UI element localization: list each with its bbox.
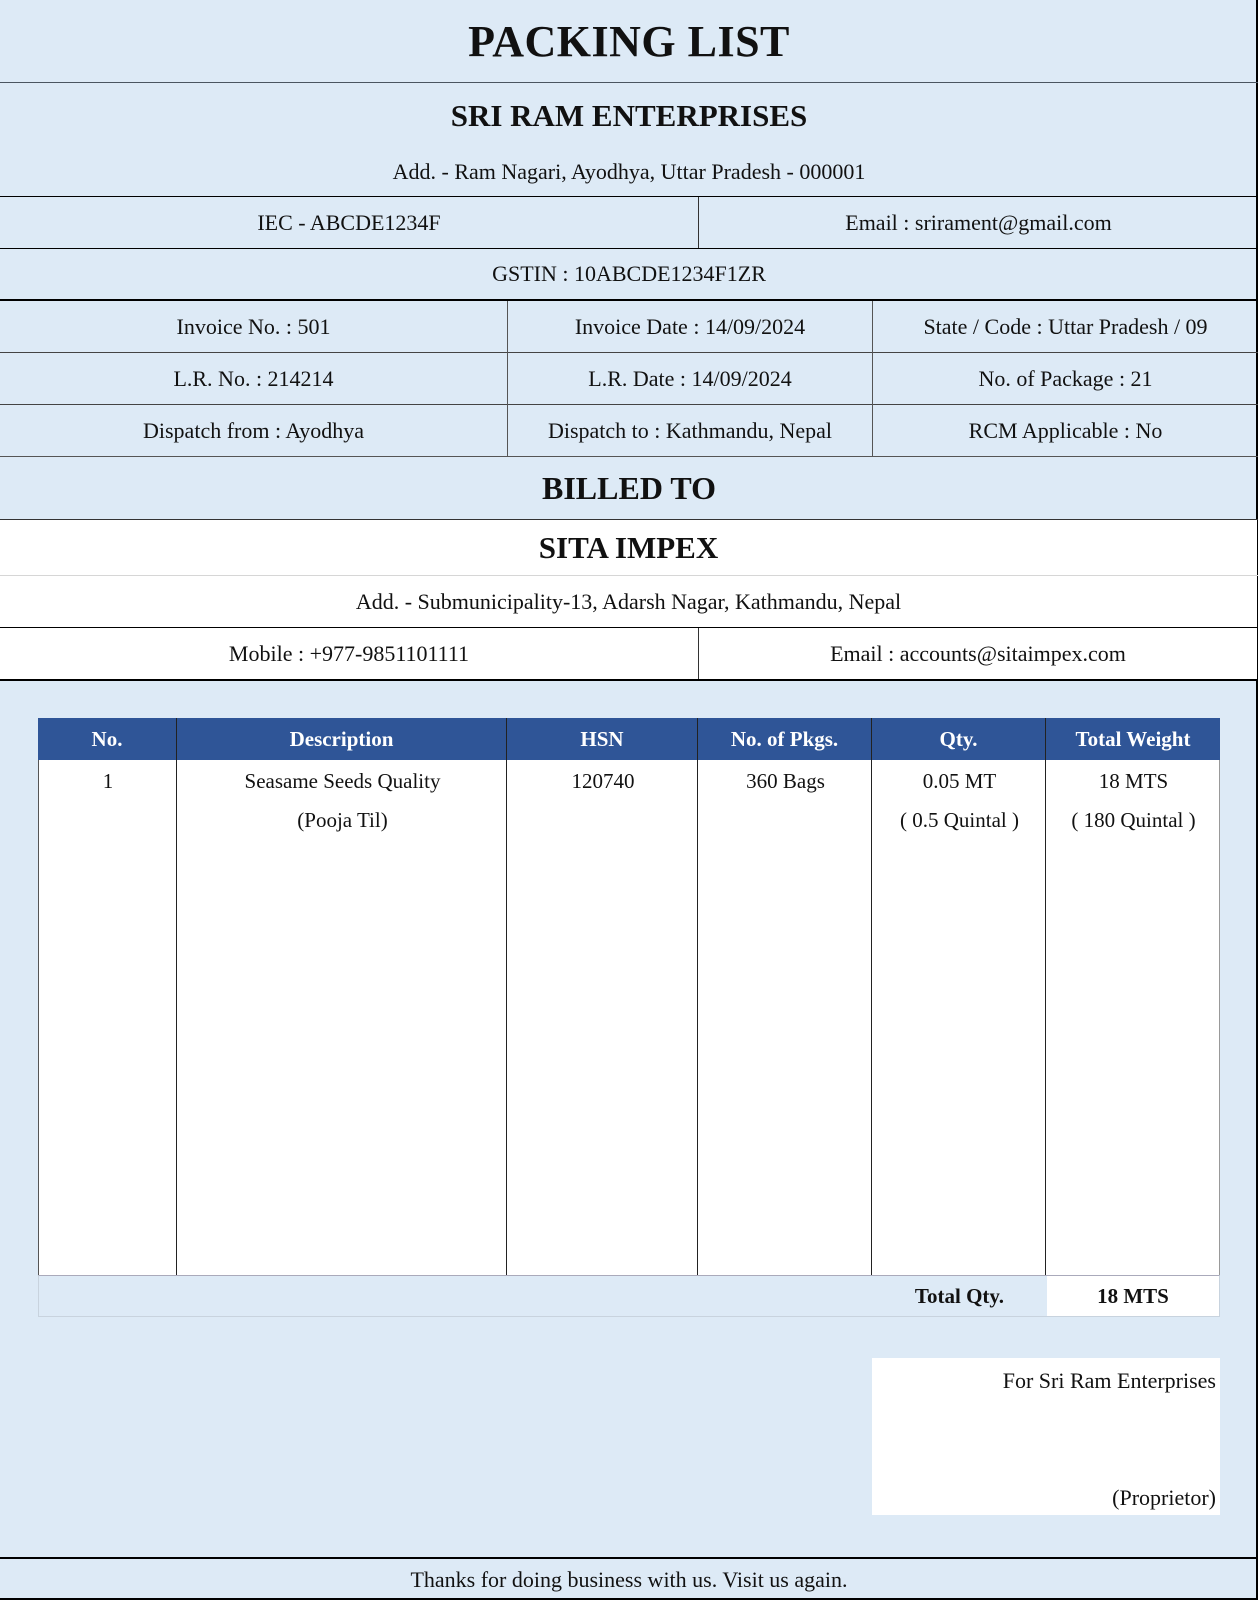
table-header: No. Description HSN No. of Pkgs. Qty. To… [38,718,1220,760]
col-header-no: No. [38,718,176,760]
signature-box: For Sri Ram Enterprises (Proprietor) [872,1358,1220,1515]
description-line1: Seasame Seeds Quality [178,762,507,801]
cell-hsn: 120740 [508,760,698,1275]
col-header-pkgs: No. of Pkgs. [698,718,871,760]
signature-role: (Proprietor) [1112,1485,1216,1511]
row-no: 1 [39,762,177,801]
description-line2: (Pooja Til) [178,801,507,840]
total-row: Total Qty. 18 MTS [38,1275,1220,1317]
seller-iec: IEC - ABCDE1234F [0,197,698,248]
table-row: 1 Seasame Seeds Quality (Pooja Til) 1207… [38,760,1220,1275]
lr-date: L.R. Date : 14/09/2024 [508,353,872,404]
seller-email: Email : srirament@gmail.com [699,197,1258,248]
cell-description: Seasame Seeds Quality (Pooja Til) [178,760,507,1275]
cell-total-weight: 18 MTS ( 180 Quintal ) [1047,760,1220,1275]
qty-line2: ( 0.5 Quintal ) [873,801,1046,840]
pkgs-value: 360 Bags [699,762,872,801]
cell-no: 1 [39,760,177,1275]
packing-list-sheet: PACKING LIST SRI RAM ENTERPRISES Add. - … [0,0,1258,1600]
buyer-name: SITA IMPEX [0,520,1257,575]
invoice-date: Invoice Date : 14/09/2024 [508,301,872,352]
lr-no: L.R. No. : 214214 [0,353,507,404]
dispatch-from: Dispatch from : Ayodhya [0,405,507,456]
total-qty-value: 18 MTS [1047,1276,1219,1316]
hsn-value: 120740 [508,762,698,801]
buyer-email: Email : accounts@sitaimpex.com [699,628,1257,679]
dispatch-to: Dispatch to : Kathmandu, Nepal [508,405,872,456]
billed-to-heading: BILLED TO [0,457,1258,519]
weight-line1: 18 MTS [1047,762,1220,801]
no-of-package: No. of Package : 21 [873,353,1258,404]
footer-message: Thanks for doing business with us. Visit… [0,1560,1258,1600]
signature-for: For Sri Ram Enterprises [1003,1368,1216,1394]
cell-qty: 0.05 MT ( 0.5 Quintal ) [873,760,1046,1275]
document-title: PACKING LIST [0,0,1258,82]
buyer-address: Add. - Submunicipality-13, Adarsh Nagar,… [0,576,1257,627]
col-header-description: Description [177,718,506,760]
buyer-mobile: Mobile : +977-9851101111 [0,628,698,679]
col-header-qty: Qty. [872,718,1045,760]
total-qty-label: Total Qty. [819,1276,1024,1316]
rcm-applicable: RCM Applicable : No [873,405,1258,456]
cell-pkgs: 360 Bags [699,760,872,1275]
col-header-total-weight: Total Weight [1046,718,1220,760]
seller-address: Add. - Ram Nagari, Ayodhya, Uttar Prades… [0,152,1258,192]
weight-line2: ( 180 Quintal ) [1047,801,1220,840]
col-header-hsn: HSN [507,718,697,760]
qty-line1: 0.05 MT [873,762,1046,801]
invoice-no: Invoice No. : 501 [0,301,507,352]
seller-gstin: GSTIN : 10ABCDE1234F1ZR [0,249,1258,299]
seller-name: SRI RAM ENTERPRISES [0,90,1258,142]
state-code: State / Code : Uttar Pradesh / 09 [873,301,1258,352]
